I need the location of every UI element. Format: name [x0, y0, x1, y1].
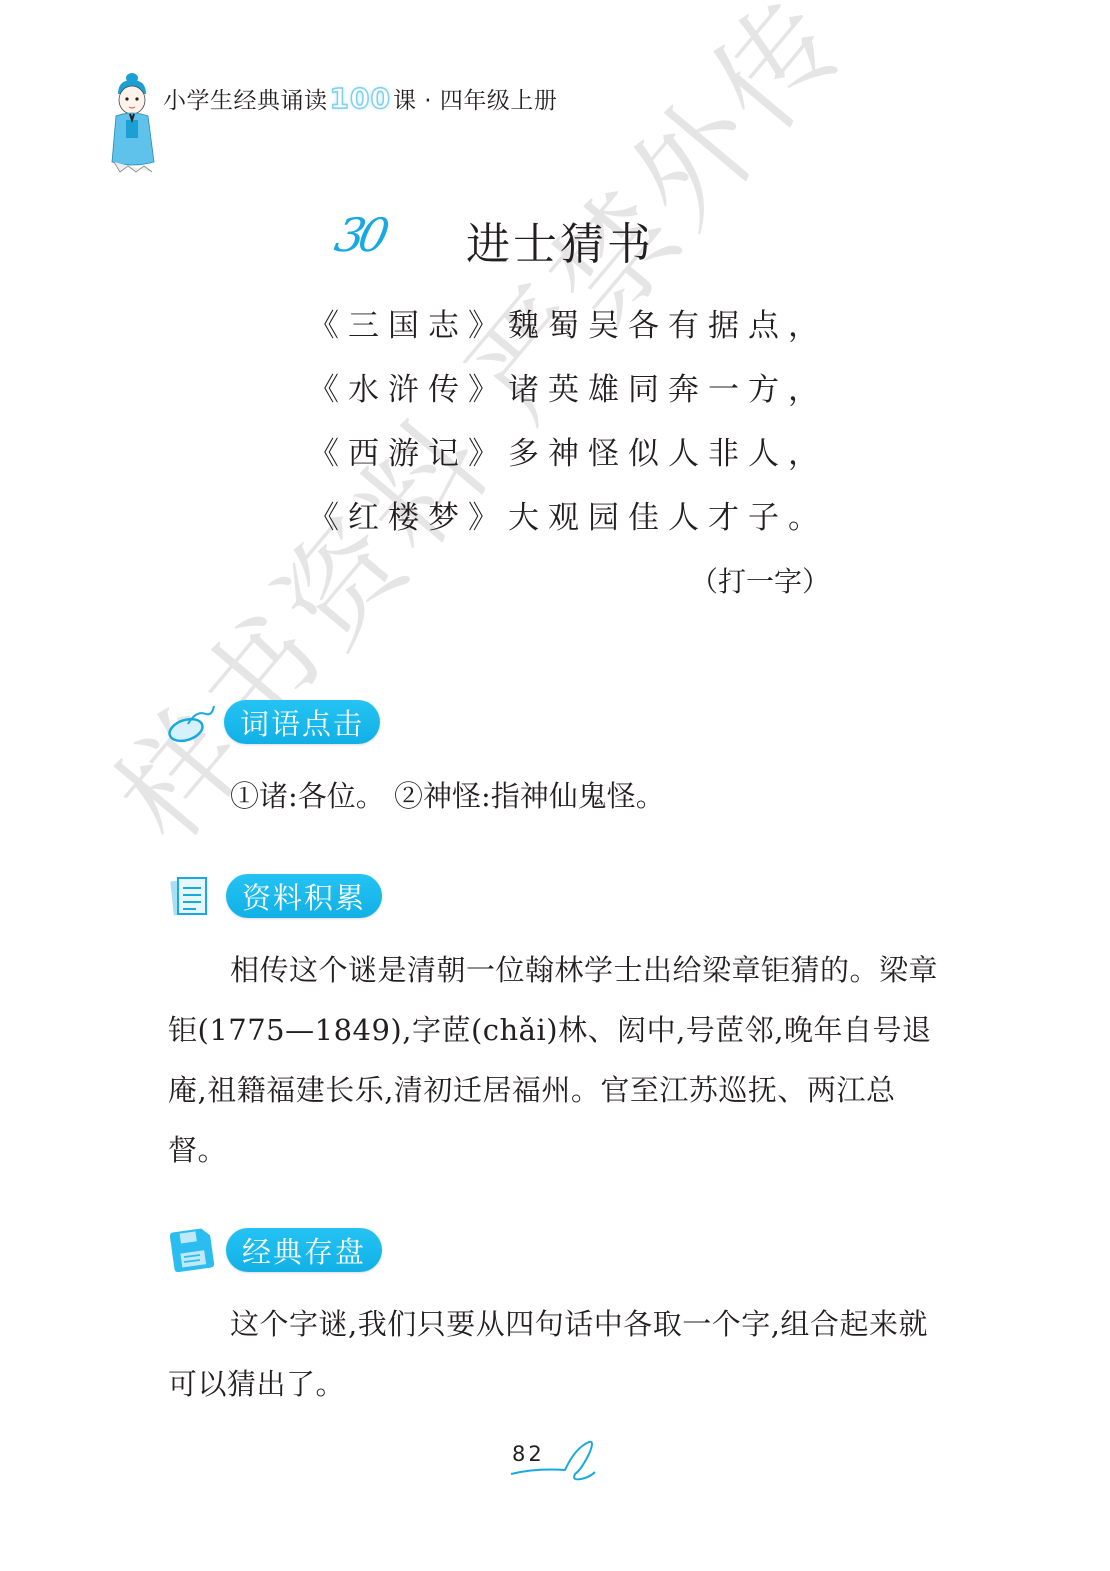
- vocabulary-text: ①诸:各位。 ②神怪:指神仙鬼怪。: [230, 766, 665, 826]
- book-title-suffix: 课 · 四年级上册: [393, 88, 557, 114]
- background-text: 相传这个谜是清朝一位翰林学士出给梁章钜猜的。梁章钜(1775—1849),字茝(…: [168, 940, 948, 1180]
- section-label: 经典存盘: [226, 1228, 382, 1272]
- poem-line: 《红楼梦》大观园佳人才子。: [308, 492, 828, 556]
- section-header-summary: 经典存盘: [168, 1228, 382, 1272]
- book-title: 小学生经典诵读100课 · 四年级上册: [163, 82, 557, 115]
- lesson-title: 进士猜书: [466, 208, 654, 272]
- section-label: 词语点击: [224, 700, 380, 744]
- mouse-icon: [166, 700, 216, 744]
- book-title-prefix: 小学生经典诵读: [163, 88, 328, 114]
- summary-text: 这个字谜,我们只要从四句话中各取一个字,组合起来就可以猜出了。: [168, 1294, 948, 1414]
- section-header-vocabulary: 词语点击: [166, 700, 380, 744]
- section-label: 资料积累: [226, 874, 382, 918]
- book-title-number: 100: [330, 82, 391, 115]
- scholar-mascot-icon: [108, 72, 160, 176]
- section-header-background: 资料积累: [168, 874, 382, 918]
- document-icon: [168, 874, 218, 918]
- lesson-number: 30: [330, 208, 388, 262]
- poem-line: 《水浒传》诸英雄同奔一方，: [308, 364, 828, 428]
- poem-line: 《西游记》多神怪似人非人，: [308, 428, 828, 492]
- page-number: 82: [512, 1442, 545, 1466]
- riddle-poem: 《三国志》魏蜀吴各有据点， 《水浒传》诸英雄同奔一方， 《西游记》多神怪似人非人…: [308, 300, 828, 556]
- riddle-hint: （打一字）: [690, 556, 830, 620]
- floppy-disk-icon: [168, 1228, 218, 1272]
- poem-line: 《三国志》魏蜀吴各有据点，: [308, 300, 828, 364]
